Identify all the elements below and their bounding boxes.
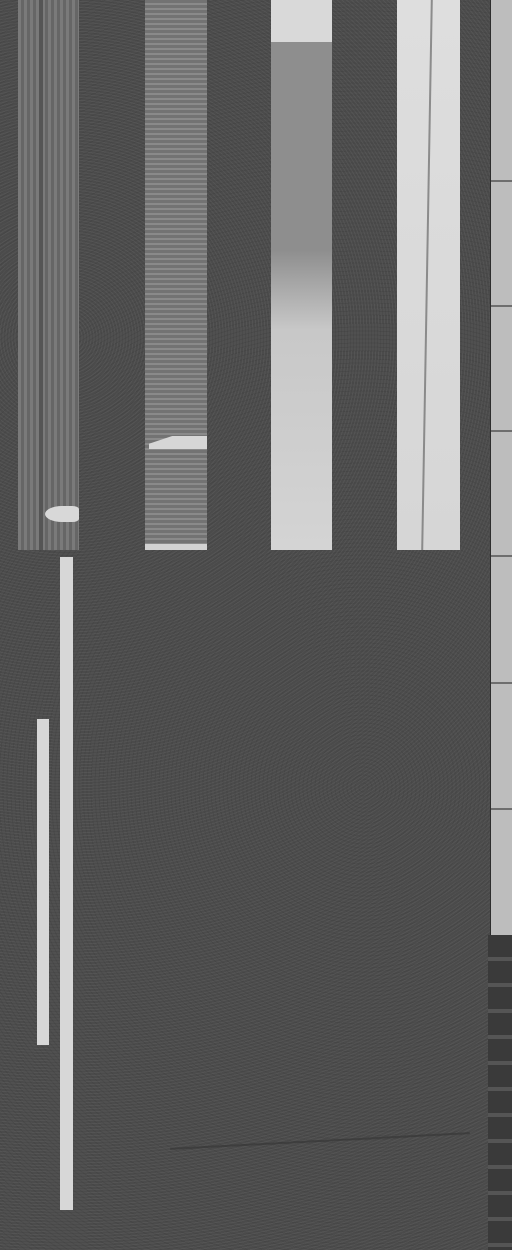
crosswalk-stripe-4 bbox=[397, 0, 460, 550]
asphalt-crack bbox=[170, 1132, 470, 1150]
crosswalk-stripe-1 bbox=[18, 0, 79, 550]
lane-line-short bbox=[37, 719, 49, 1045]
lane-line-long bbox=[60, 557, 73, 1210]
curb bbox=[490, 0, 512, 935]
road-orthophoto bbox=[0, 0, 512, 1250]
crosswalk-stripe-2 bbox=[145, 0, 207, 550]
cobblestone-gutter bbox=[488, 935, 512, 1250]
crosswalk-stripe-3 bbox=[271, 0, 332, 550]
